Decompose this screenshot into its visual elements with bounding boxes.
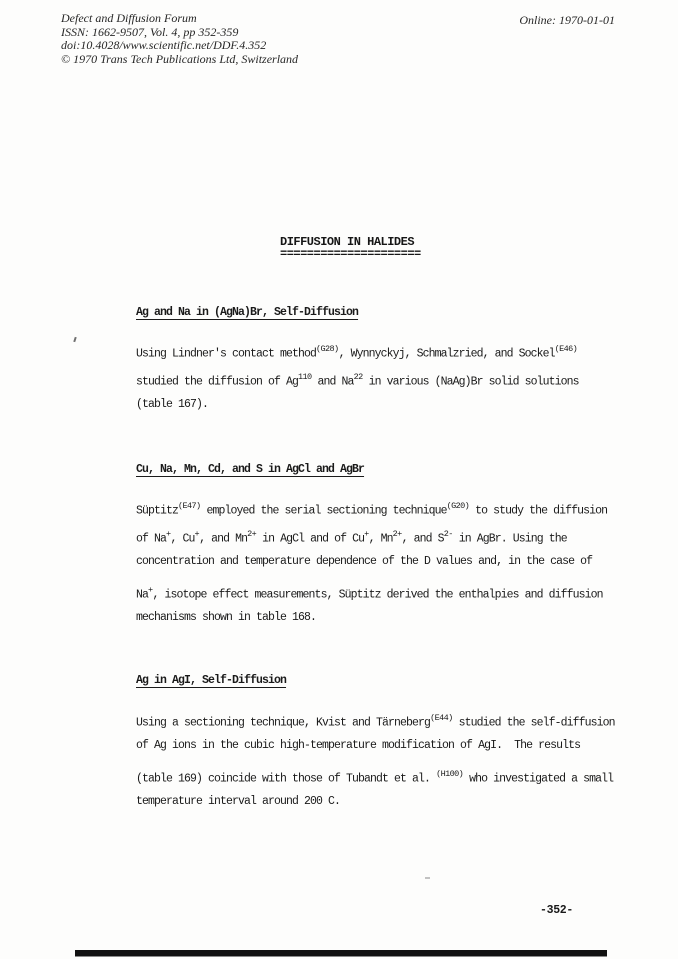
paragraph-line: Using Lindner's contact method(G28), Wyn… bbox=[136, 335, 579, 363]
scan-speck bbox=[73, 337, 76, 342]
paragraph-line: Süptitz(E47) employed the serial section… bbox=[136, 492, 607, 520]
title-block: DIFFUSION IN HALIDES ===================… bbox=[280, 235, 421, 258]
section-paragraph-agna-br: Using Lindner's contact method(G28), Wyn… bbox=[136, 335, 579, 419]
paragraph-line: concentration and temperature dependence… bbox=[136, 548, 607, 576]
title-underline: ===================== bbox=[280, 250, 421, 258]
paragraph-line: of Na+, Cu+, and Mn2+ in AgCl and of Cu+… bbox=[136, 520, 607, 548]
section-heading-agi: Ag in AgI, Self-Diffusion bbox=[136, 674, 286, 687]
paragraph-line: (table 169) coincide with those of Tuban… bbox=[136, 760, 615, 788]
paragraph-line: (table 167). bbox=[136, 391, 579, 419]
section-heading-agcl-agbr: Cu, Na, Mn, Cd, and S in AgCl and AgBr bbox=[136, 463, 364, 476]
footer-bar bbox=[75, 950, 607, 956]
section-heading-agna-br: Ag and Na in (AgNa)Br, Self-Diffusion bbox=[136, 306, 358, 319]
paragraph-line: Using a sectioning technique, Kvist and … bbox=[136, 704, 615, 732]
document-page: Defect and Diffusion Forum ISSN: 1662-95… bbox=[0, 0, 678, 959]
paragraph-line: of Ag ions in the cubic high-temperature… bbox=[136, 732, 615, 760]
paragraph-line: Na+, isotope effect measurements, Süptit… bbox=[136, 576, 607, 604]
paragraph-line: temperature interval around 200 C. bbox=[136, 788, 615, 816]
paragraph-line: mechanisms shown in table 168. bbox=[136, 604, 607, 632]
paragraph-line: studied the diffusion of Ag110 and Na22 … bbox=[136, 363, 579, 391]
scan-speck bbox=[425, 877, 430, 879]
journal-header: Defect and Diffusion Forum ISSN: 1662-95… bbox=[61, 12, 298, 66]
copyright-line: © 1970 Trans Tech Publications Ltd, Swit… bbox=[61, 53, 298, 67]
online-date: Online: 1970-01-01 bbox=[519, 13, 615, 28]
doi-line: doi:10.4028/www.scientific.net/DDF.4.352 bbox=[61, 39, 298, 53]
section-paragraph-agi: Using a sectioning technique, Kvist and … bbox=[136, 704, 615, 816]
section-paragraph-agcl-agbr: Süptitz(E47) employed the serial section… bbox=[136, 492, 607, 632]
issn-line: ISSN: 1662-9507, Vol. 4, pp 352-359 bbox=[61, 26, 298, 40]
journal-title: Defect and Diffusion Forum bbox=[61, 12, 298, 26]
page-number: -352- bbox=[540, 904, 573, 917]
